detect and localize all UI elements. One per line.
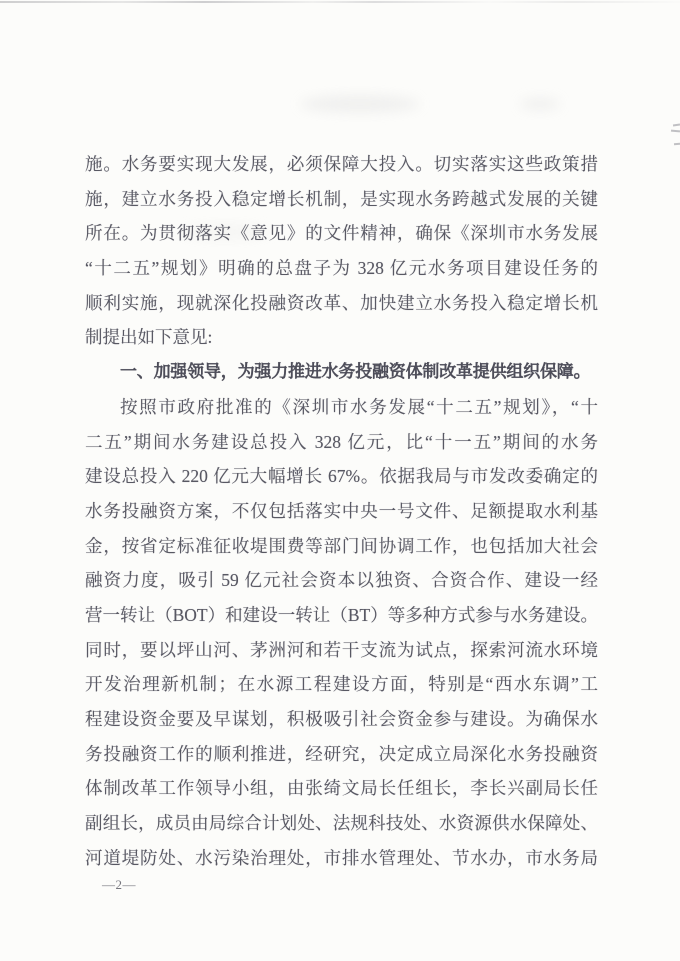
text-line: 施，建立水务投入稳定增长机制，是实现水务跨越式发展的关键 xyxy=(85,182,598,217)
text-line: 水务投融资方案，不仅包括落实中央一号文件、足额提取水利基 xyxy=(85,494,598,529)
text-line: 施。水务要实现大发展，必须保障大投入。切实落实这些政策措 xyxy=(85,147,598,182)
scan-edge-mark xyxy=(674,143,680,145)
scan-edge-mark xyxy=(671,130,680,133)
text-line: 建设总投入 220 亿元大幅增长 67%。依据我局与市发改委确定的 xyxy=(85,459,598,494)
text-line: “十二五”规划》明确的总盘子为 328 亿元水务项目建设任务的 xyxy=(85,251,598,286)
scan-edge-mark xyxy=(673,124,680,127)
text-line: 营一转让（BOT）和建设一转让（BT）等多种方式参与水务建设。 xyxy=(85,598,598,633)
heading-line: 一、加强领导，为强力推进水务投融资体制改革提供组织保障。 xyxy=(85,355,598,390)
text-line: 副组长，成员由局综合计划处、法规科技处、水资源供水保障处、 xyxy=(85,806,598,841)
scan-smudge xyxy=(300,95,420,113)
text-line: 程建设资金要及早谋划，积极吸引社会资金参与建设。为确保水 xyxy=(85,702,598,737)
scan-smudge xyxy=(520,98,560,110)
text-line: 体制改革工作领导小组，由张绮文局长任组长，李长兴副局长任 xyxy=(85,771,598,806)
text-line: 二五”期间水务建设总投入 328 亿元，比“十一五”期间的水务 xyxy=(85,425,598,460)
text-block: 施。水务要实现大发展，必须保障大投入。切实落实这些政策措施，建立水务投入稳定增长… xyxy=(85,147,598,875)
text-line: 制提出如下意见: xyxy=(85,320,598,355)
text-line: 顺利实施，现就深化投融资改革、加快建立水务投入稳定增长机 xyxy=(85,286,598,321)
page-number: —2— xyxy=(102,877,136,893)
text-line: 务投融资工作的顺利推进，经研究，决定成立局深化水务投融资 xyxy=(85,737,598,772)
scanned-document-page: 施。水务要实现大发展，必须保障大投入。切实落实这些政策措施，建立水务投入稳定增长… xyxy=(0,0,680,961)
text-line: 金，按省定标准征收堤围费等部门间协调工作，也包括加大社会 xyxy=(85,529,598,564)
text-line: 河道堤防处、水污染治理处，市排水管理处、节水办，市水务局 xyxy=(85,841,598,876)
scan-top-edge-artifact xyxy=(0,1,680,3)
text-line: 所在。为贯彻落实《意见》的文件精神，确保《深圳市水务发展 xyxy=(85,216,598,251)
text-line: 按照市政府批准的《深圳市水务发展“十二五”规划》，“十 xyxy=(85,390,598,425)
text-line: 开发治理新机制；在水源工程建设方面，特别是“西水东调”工 xyxy=(85,667,598,702)
text-line: 同时，要以坪山河、茅洲河和若干支流为试点，探索河流水环境 xyxy=(85,633,598,668)
text-line: 融资力度，吸引 59 亿元社会资本以独资、合资合作、建设一经 xyxy=(85,563,598,598)
